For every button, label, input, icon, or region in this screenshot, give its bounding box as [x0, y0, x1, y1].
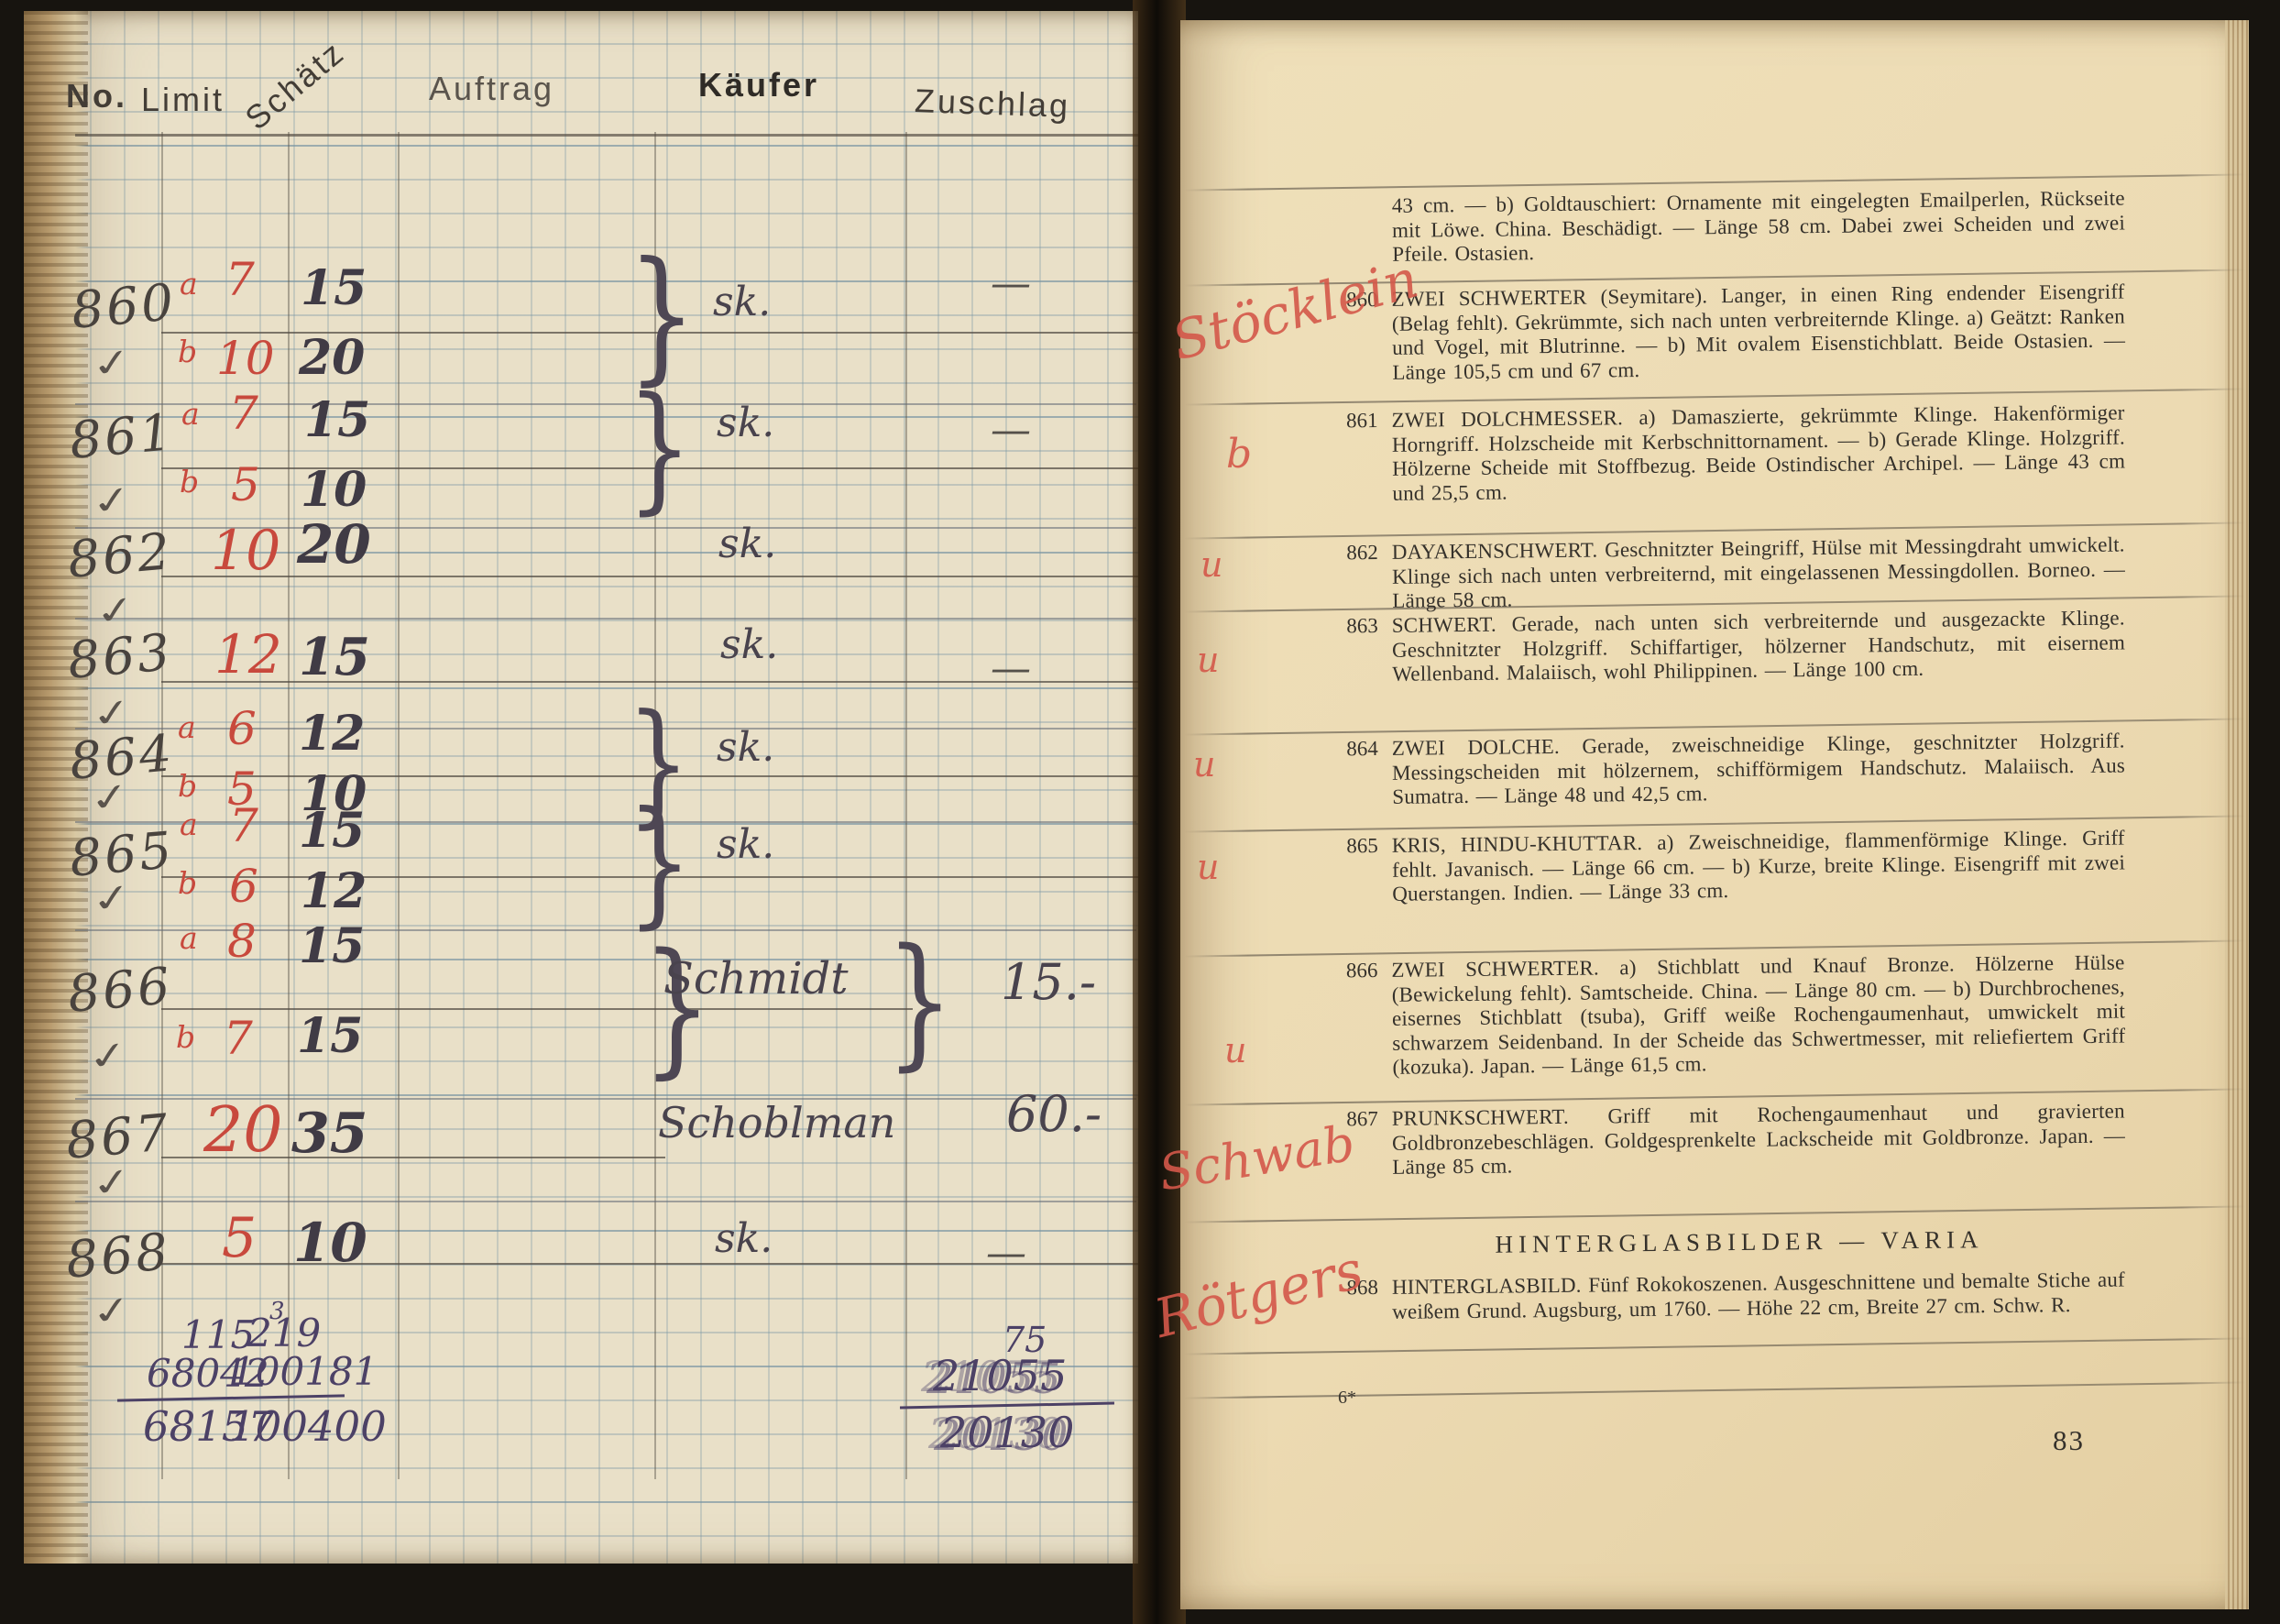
check-mark: ✓ — [88, 339, 137, 387]
hammer-price: 60.- — [1006, 1085, 1102, 1143]
entry-text: HINTERGLASBILD. Fünf Rokokoszenen. Ausge… — [1392, 1267, 2126, 1323]
catalog-entry-867: 867 PRUNKSCHWERT. Griff mit Rochengaumen… — [1323, 1099, 2138, 1180]
margin-note-ditto: u — [1197, 640, 1219, 680]
entry-number: 864 — [1323, 737, 1393, 810]
hammer-dash: — — [991, 260, 1031, 307]
buyer-name: sk. — [717, 724, 774, 771]
entry-text: ZWEI DOLCHMESSER. a) Damaszierte, gekrüm… — [1391, 401, 2125, 505]
margin-note-ditto: u — [1193, 744, 1215, 785]
total-sum: 20130 — [940, 1408, 1074, 1457]
page-number: 83 — [2053, 1424, 2085, 1457]
estimate-value: 15 — [301, 260, 367, 316]
sublot-letter: b — [178, 865, 197, 901]
estimate-value: 15 — [304, 392, 370, 448]
limit-value: 6 — [227, 702, 257, 755]
entry-number: 865 — [1323, 834, 1393, 907]
lot-number: 860 — [69, 272, 178, 340]
column-line — [905, 132, 907, 1479]
estimate-value: 15 — [299, 918, 365, 974]
hammer-dash: — — [991, 407, 1031, 454]
catalog-entry-861: 861 ZWEI DOLCHMESSER. a) Damaszierte, ge… — [1322, 401, 2137, 506]
buyer-name: sk. — [713, 279, 771, 325]
buyer-name: sk. — [715, 1215, 773, 1262]
entry-number: 862 — [1323, 541, 1393, 614]
lot-number: 863 — [65, 622, 174, 690]
header-zuschlag: Zuschlag — [914, 82, 1070, 126]
estimate-value: 15 — [299, 627, 370, 687]
entry-number: 866 — [1322, 959, 1392, 1081]
entry-text: SCHWERT. Gerade, nach unten sich verbrei… — [1392, 606, 2126, 686]
estimate-value: 12 — [299, 706, 365, 762]
estimate-value: 15 — [299, 803, 365, 859]
entry-text: KRIS, HINDU-KHUTTAR. a) Zweischneidige, … — [1392, 826, 2126, 906]
limit-value: 8 — [227, 915, 257, 968]
continuation-paragraph: 43 cm. — b) Goldtauschiert: Ornamente mi… — [1323, 186, 2138, 268]
lot-number: 861 — [67, 402, 176, 470]
limit-value: 7 — [225, 253, 255, 306]
catalog-entry-863: 863 SCHWERT. Gerade, nach unten sich ver… — [1323, 606, 2138, 687]
header-schatz: Schätz — [237, 33, 352, 137]
limit-value: 20 — [203, 1094, 283, 1167]
sublot-letter: a — [180, 807, 198, 842]
limit-value: 5 — [231, 458, 260, 511]
margin-note-ditto: u — [1224, 1030, 1246, 1070]
header-rule — [75, 134, 1138, 137]
limit-value: 7 — [229, 387, 258, 440]
hammer-price: 15.- — [1001, 953, 1096, 1011]
estimate-value: 10 — [293, 1212, 367, 1274]
sublot-letter: b — [178, 768, 197, 804]
entry-text: ZWEI SCHWERTER (Seymitare). Langer, in e… — [1391, 280, 2125, 384]
sublot-letter: b — [180, 464, 199, 499]
estimate-value: 10 — [301, 462, 367, 518]
lot-number: 866 — [65, 956, 174, 1024]
sublot-letter: a — [178, 709, 196, 745]
total-base: 100181 — [231, 1349, 378, 1394]
entry-line — [161, 576, 1138, 577]
estimate-value: 35 — [291, 1102, 368, 1166]
catalog-entry-865: 865 KRIS, HINDU-KHUTTAR. a) Zweischneidi… — [1323, 826, 2138, 907]
limit-value: 10 — [216, 332, 275, 385]
limit-value: 7 — [229, 799, 258, 852]
brace: } — [627, 801, 693, 924]
limit-value: 7 — [224, 1012, 253, 1065]
section-heading: HINTERGLASBILDER — VARIA — [1327, 1223, 2152, 1260]
header-auftrag: Auftrag — [429, 70, 554, 108]
check-mark: ✓ — [88, 874, 137, 922]
entry-text: ZWEI SCHWERTER. a) Stichblatt und Knauf … — [1391, 950, 2125, 1080]
hammer-dash: — — [986, 1230, 1026, 1277]
estimate-value: 20 — [299, 330, 365, 386]
limit-value: 6 — [229, 860, 258, 913]
catalog-right-page: 43 cm. — b) Goldtauschiert: Ornamente mi… — [1180, 20, 2249, 1609]
check-mark: ✓ — [84, 1032, 133, 1080]
paragraph-text: 43 cm. — b) Goldtauschiert: Ornamente mi… — [1392, 186, 2126, 267]
total-sum: 100400 — [229, 1402, 387, 1451]
row-separator — [75, 1201, 1136, 1202]
check-mark: ✓ — [86, 774, 135, 821]
check-mark: ✓ — [88, 477, 137, 524]
buyer-name: Schoblman — [658, 1098, 895, 1147]
estimate-value: 20 — [297, 513, 371, 576]
sublot-letter: a — [181, 396, 200, 432]
book-gutter — [1133, 0, 1186, 1624]
brace: } — [885, 937, 953, 1065]
column-line — [398, 132, 400, 1479]
check-mark: ✓ — [88, 1287, 137, 1334]
header-limit: Limit — [141, 81, 225, 119]
catalog-entry-860: 860 ZWEI SCHWERTER (Seymitare). Langer, … — [1322, 280, 2137, 385]
buyer-name: Schmidt — [663, 953, 849, 1004]
header-no: No. — [66, 77, 127, 115]
sublot-letter: a — [180, 920, 198, 956]
sublot-letter: a — [180, 266, 198, 302]
pencil-rule — [1184, 1205, 2245, 1223]
row-separator — [75, 618, 1136, 620]
entry-number: 863 — [1323, 614, 1393, 687]
entry-line — [161, 1008, 913, 1010]
lot-number: 862 — [65, 521, 174, 589]
sublot-letter: b — [178, 334, 197, 369]
estimate-value: 15 — [297, 1008, 363, 1064]
margin-note-ditto: u — [1197, 847, 1219, 887]
lot-number: 868 — [63, 1222, 172, 1289]
catalog-entry-862: 862 DAYAKENSCHWERT. Geschnitzter Beingri… — [1323, 532, 2138, 614]
pencil-rule — [1184, 1337, 2245, 1355]
entry-number: 861 — [1322, 409, 1392, 507]
buyer-name: sk. — [720, 621, 778, 668]
brace: } — [628, 251, 696, 379]
entry-text: PRUNKSCHWERT. Griff mit Rochengaumenhaut… — [1392, 1099, 2126, 1180]
entry-text: DAYAKENSCHWERT. Geschnitzter Beingriff, … — [1392, 532, 2126, 613]
hammer-dash: — — [991, 645, 1031, 692]
ledger-left-page: No. Limit Schätz Auftrag Käufer Zuschlag… — [24, 11, 1138, 1564]
buyer-name: sk. — [717, 821, 774, 868]
sublot-letter: b — [176, 1019, 195, 1055]
total-base: 21055 — [933, 1351, 1067, 1400]
catalog-entry-866: 866 ZWEI SCHWERTER. a) Stichblatt und Kn… — [1322, 950, 2137, 1081]
column-line — [288, 132, 290, 1479]
margin-note-ditto: u — [1200, 544, 1222, 585]
entry-text: ZWEI DOLCHE. Gerade, zweischneidige Klin… — [1392, 729, 2126, 809]
limit-value: 12 — [214, 623, 282, 686]
buyer-name: sk. — [718, 521, 776, 567]
margin-note-buyer: Rötgers — [1148, 1238, 1368, 1350]
buyer-name: sk. — [717, 400, 774, 446]
brace: } — [627, 387, 693, 510]
signature-mark: 6* — [1338, 1388, 1356, 1409]
header-kaufer: Käufer — [698, 66, 819, 104]
catalog-entry-868: 868 HINTERGLASBILD. Fünf Rokokoszenen. A… — [1323, 1267, 2138, 1324]
estimate-value: 12 — [301, 863, 367, 919]
margin-note-buyer: Schwab — [1155, 1114, 1358, 1202]
catalog-entry-864: 864 ZWEI DOLCHE. Gerade, zweischneidige … — [1323, 729, 2138, 810]
limit-value: 5 — [222, 1206, 257, 1270]
limit-value: 10 — [211, 519, 280, 583]
check-mark: ✓ — [88, 1158, 137, 1206]
margin-note-ditto: b — [1226, 431, 1252, 477]
